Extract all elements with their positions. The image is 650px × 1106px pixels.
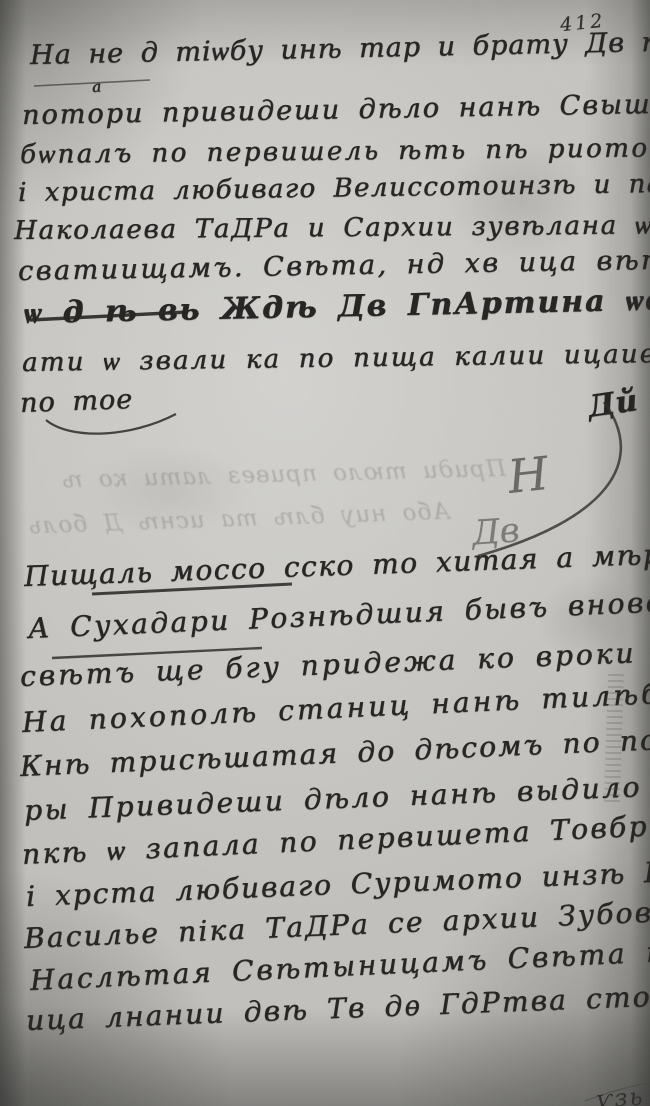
manuscript-line: А Сухадари Рознѣдшия бывъ внове [27, 585, 650, 645]
manuscript-line: потори привидеши дѣло нанѣ Свышла [22, 88, 650, 131]
manuscript-line: і христа любиваго Велиссотоинзѣ и пасыня [18, 168, 650, 208]
margin-note-letters: Дй [586, 383, 641, 425]
manuscript-line: по тое [19, 384, 133, 419]
bleedthrough-line: Або ниу блѣ та иснѣ Д боль [30, 499, 451, 540]
folio-corner-mark: ѵзь [595, 1082, 645, 1106]
manuscript-line: ѡ д ѣ вь Ждѣ Дв ГпАртина ѡевѣ ѡ дссѡ [24, 278, 650, 331]
manuscript-line: бѡпалъ по первишель ѣть пѣ риото [20, 133, 650, 170]
stray-letter: Н [505, 446, 551, 504]
superscript-letter: а [91, 77, 102, 96]
manuscript-line: сватиищамъ. Свѣта, нд хв ица вѣта [18, 244, 650, 287]
bleedthrough-line: Приди тюло привез лати ко ѣ [36, 456, 507, 494]
manuscript-line: Наколаева ТаДРа и Сархии зувѣлана ѡбѣъ [14, 210, 650, 246]
manuscript-line: ати ѡ звали ка по пища калии ицаиева [22, 339, 650, 378]
manuscript-line: Пищаль моссо сско то хитая а мѣров [23, 536, 650, 593]
manuscript-page: 412 На не д тіѡбу инѣ тар и брату Дв ѣ п… [0, 0, 650, 1106]
manuscript-line: На не д тіѡбу инѣ тар и брату Дв ѣ пбсоп… [30, 24, 650, 71]
